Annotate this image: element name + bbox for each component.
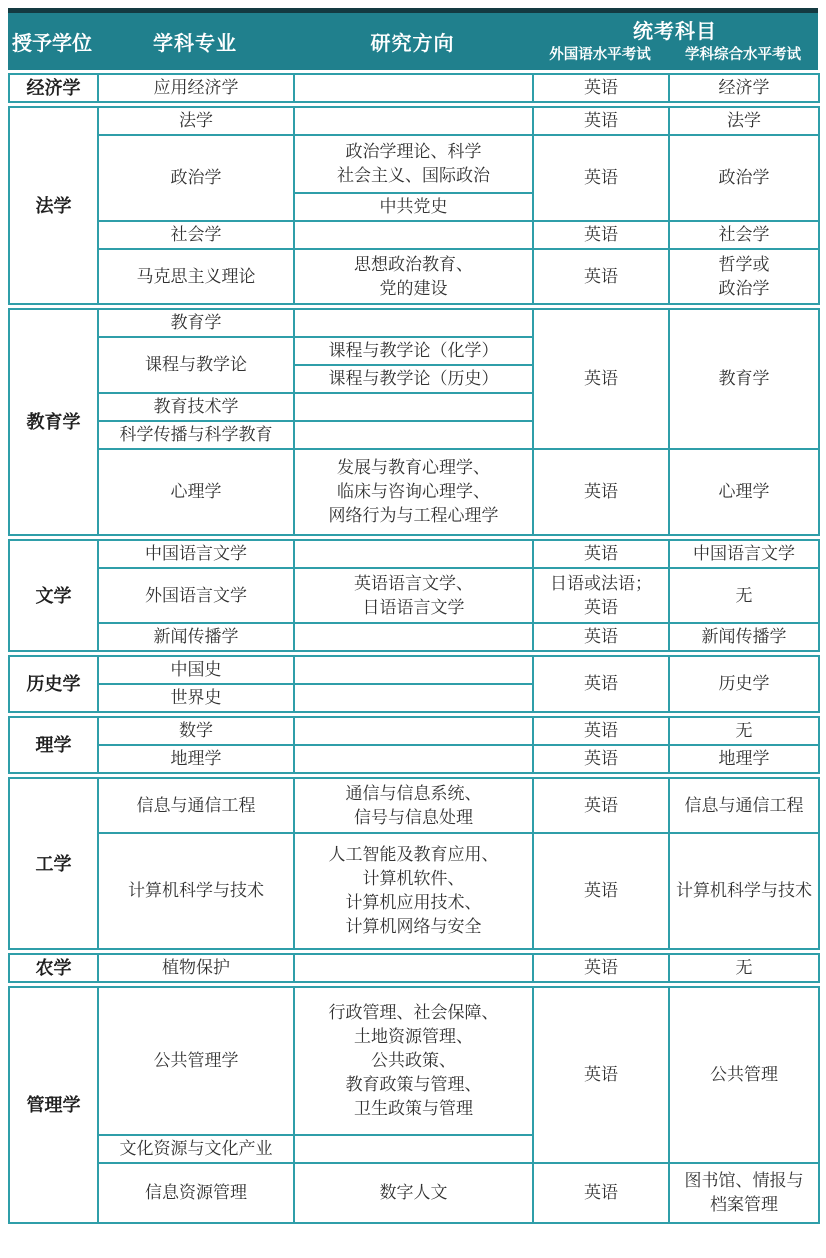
foreign-exam-cell: 英语 bbox=[533, 833, 669, 949]
subject-exam-cell: 教育学 bbox=[669, 309, 819, 449]
header-major: 学科专业 bbox=[97, 13, 293, 70]
degree-group-agriculture: 农学 植物保护 英语 无 bbox=[8, 953, 820, 983]
research-cell: 行政管理、社会保障、 土地资源管理、 公共政策、 教育政策与管理、 卫生政策与管… bbox=[294, 987, 533, 1135]
foreign-exam-cell: 英语 bbox=[533, 449, 669, 535]
research-cell bbox=[294, 74, 533, 102]
foreign-exam-cell: 英语 bbox=[533, 954, 669, 982]
degree-group-law: 法学 法学 英语 法学 政治学 政治学理论、科学 社会主义、国际政治 英语 政治… bbox=[8, 106, 820, 305]
degree-cell: 管理学 bbox=[9, 987, 98, 1223]
header-research: 研究方向 bbox=[293, 13, 532, 70]
major-cell: 社会学 bbox=[98, 221, 294, 249]
research-cell: 课程与教学论（化学） bbox=[294, 337, 533, 365]
header-exam-group-title: 统考科目 bbox=[633, 19, 717, 45]
major-cell: 植物保护 bbox=[98, 954, 294, 982]
research-cell bbox=[294, 717, 533, 745]
degree-group-history: 历史学 中国史 英语 历史学 世界史 bbox=[8, 655, 820, 713]
research-cell: 英语语言文学、 日语语言文学 bbox=[294, 568, 533, 623]
foreign-exam-cell: 英语 bbox=[533, 135, 669, 221]
foreign-exam-cell: 日语或法语； 英语 bbox=[533, 568, 669, 623]
table-row: 政治学 政治学理论、科学 社会主义、国际政治 英语 政治学 bbox=[9, 135, 819, 193]
foreign-exam-cell: 英语 bbox=[533, 717, 669, 745]
research-cell bbox=[294, 623, 533, 651]
table-row: 计算机科学与技术 人工智能及教育应用、 计算机软件、 计算机应用技术、 计算机网… bbox=[9, 833, 819, 949]
degree-group-economics: 经济学 应用经济学 英语 经济学 bbox=[8, 73, 820, 103]
foreign-exam-cell: 英语 bbox=[533, 221, 669, 249]
degree-group-education: 教育学 教育学 英语 教育学 课程与教学论 课程与教学论（化学） 课程与教学论（… bbox=[8, 308, 820, 536]
subject-exam-cell: 计算机科学与技术 bbox=[669, 833, 819, 949]
table-row: 马克思主义理论 思想政治教育、 党的建设 英语 哲学或 政治学 bbox=[9, 249, 819, 304]
research-cell: 中共党史 bbox=[294, 193, 533, 221]
research-cell bbox=[294, 309, 533, 337]
research-cell bbox=[294, 421, 533, 449]
table-row: 法学 法学 英语 法学 bbox=[9, 107, 819, 135]
subject-exam-cell: 地理学 bbox=[669, 745, 819, 773]
subject-exam-cell: 社会学 bbox=[669, 221, 819, 249]
subject-exam-cell: 信息与通信工程 bbox=[669, 778, 819, 833]
table-row: 地理学 英语 地理学 bbox=[9, 745, 819, 773]
major-cell: 马克思主义理论 bbox=[98, 249, 294, 304]
major-cell: 教育技术学 bbox=[98, 393, 294, 421]
research-cell: 思想政治教育、 党的建设 bbox=[294, 249, 533, 304]
research-cell bbox=[294, 745, 533, 773]
table-row: 外国语言文学 英语语言文学、 日语语言文学 日语或法语； 英语 无 bbox=[9, 568, 819, 623]
major-cell: 公共管理学 bbox=[98, 987, 294, 1135]
degree-group-management: 管理学 公共管理学 行政管理、社会保障、 土地资源管理、 公共政策、 教育政策与… bbox=[8, 986, 820, 1224]
research-cell bbox=[294, 221, 533, 249]
foreign-exam-cell: 英语 bbox=[533, 778, 669, 833]
research-cell bbox=[294, 656, 533, 684]
subject-exam-cell: 无 bbox=[669, 954, 819, 982]
degree-group-literature: 文学 中国语言文学 英语 中国语言文学 外国语言文学 英语语言文学、 日语语言文… bbox=[8, 539, 820, 652]
table-row: 教育学 教育学 英语 教育学 bbox=[9, 309, 819, 337]
foreign-exam-cell: 英语 bbox=[533, 74, 669, 102]
research-cell bbox=[294, 540, 533, 568]
major-cell: 科学传播与科学教育 bbox=[98, 421, 294, 449]
table-row: 文学 中国语言文学 英语 中国语言文学 bbox=[9, 540, 819, 568]
degree-cell: 工学 bbox=[9, 778, 98, 949]
major-cell: 应用经济学 bbox=[98, 74, 294, 102]
major-cell: 心理学 bbox=[98, 449, 294, 535]
table-row: 心理学 发展与教育心理学、 临床与咨询心理学、 网络行为与工程心理学 英语 心理… bbox=[9, 449, 819, 535]
research-cell: 政治学理论、科学 社会主义、国际政治 bbox=[294, 135, 533, 193]
research-cell bbox=[294, 393, 533, 421]
degree-table-page: 授予学位 学科专业 研究方向 统考科目 外国语水平考试 学科综合水平考试 经济学… bbox=[0, 0, 826, 1258]
foreign-exam-cell: 英语 bbox=[533, 656, 669, 712]
foreign-exam-cell: 英语 bbox=[533, 1163, 669, 1223]
degree-cell: 教育学 bbox=[9, 309, 98, 535]
subject-exam-cell: 无 bbox=[669, 717, 819, 745]
degree-cell: 经济学 bbox=[9, 74, 98, 102]
subject-exam-cell: 公共管理 bbox=[669, 987, 819, 1163]
table-row: 农学 植物保护 英语 无 bbox=[9, 954, 819, 982]
table-row: 历史学 中国史 英语 历史学 bbox=[9, 656, 819, 684]
header-degree: 授予学位 bbox=[8, 13, 97, 70]
header-foreign-exam: 外国语水平考试 bbox=[532, 45, 668, 65]
major-cell: 计算机科学与技术 bbox=[98, 833, 294, 949]
research-cell: 人工智能及教育应用、 计算机软件、 计算机应用技术、 计算机网络与安全 bbox=[294, 833, 533, 949]
major-cell: 外国语言文学 bbox=[98, 568, 294, 623]
foreign-exam-cell: 英语 bbox=[533, 107, 669, 135]
degree-group-engineering: 工学 信息与通信工程 通信与信息系统、 信号与信息处理 英语 信息与通信工程 计… bbox=[8, 777, 820, 950]
header-exam-group: 统考科目 外国语水平考试 学科综合水平考试 bbox=[532, 13, 818, 70]
major-cell: 地理学 bbox=[98, 745, 294, 773]
research-cell bbox=[294, 107, 533, 135]
header-subject-exam: 学科综合水平考试 bbox=[668, 45, 818, 65]
major-cell: 数学 bbox=[98, 717, 294, 745]
subject-exam-cell: 心理学 bbox=[669, 449, 819, 535]
subject-exam-cell: 政治学 bbox=[669, 135, 819, 221]
table-row: 工学 信息与通信工程 通信与信息系统、 信号与信息处理 英语 信息与通信工程 bbox=[9, 778, 819, 833]
research-cell: 数字人文 bbox=[294, 1163, 533, 1223]
table-row: 理学 数学 英语 无 bbox=[9, 717, 819, 745]
subject-exam-cell: 新闻传播学 bbox=[669, 623, 819, 651]
foreign-exam-cell: 英语 bbox=[533, 309, 669, 449]
degree-cell: 理学 bbox=[9, 717, 98, 773]
foreign-exam-cell: 英语 bbox=[533, 745, 669, 773]
major-cell: 中国史 bbox=[98, 656, 294, 684]
major-cell: 文化资源与文化产业 bbox=[98, 1135, 294, 1163]
degree-cell: 文学 bbox=[9, 540, 98, 651]
subject-exam-cell: 无 bbox=[669, 568, 819, 623]
subject-exam-cell: 历史学 bbox=[669, 656, 819, 712]
degree-group-science: 理学 数学 英语 无 地理学 英语 地理学 bbox=[8, 716, 820, 774]
table-row: 新闻传播学 英语 新闻传播学 bbox=[9, 623, 819, 651]
table-row: 管理学 公共管理学 行政管理、社会保障、 土地资源管理、 公共政策、 教育政策与… bbox=[9, 987, 819, 1135]
subject-exam-cell: 中国语言文学 bbox=[669, 540, 819, 568]
foreign-exam-cell: 英语 bbox=[533, 540, 669, 568]
research-cell: 发展与教育心理学、 临床与咨询心理学、 网络行为与工程心理学 bbox=[294, 449, 533, 535]
degree-cell: 农学 bbox=[9, 954, 98, 982]
major-cell: 信息与通信工程 bbox=[98, 778, 294, 833]
foreign-exam-cell: 英语 bbox=[533, 987, 669, 1163]
table-row: 信息资源管理 数字人文 英语 图书馆、情报与 档案管理 bbox=[9, 1163, 819, 1223]
research-cell: 课程与教学论（历史） bbox=[294, 365, 533, 393]
header-exam-subcolumns: 外国语水平考试 学科综合水平考试 bbox=[532, 45, 818, 65]
table-row: 社会学 英语 社会学 bbox=[9, 221, 819, 249]
research-cell bbox=[294, 684, 533, 712]
degree-cell: 法学 bbox=[9, 107, 98, 304]
major-cell: 新闻传播学 bbox=[98, 623, 294, 651]
major-cell: 中国语言文学 bbox=[98, 540, 294, 568]
foreign-exam-cell: 英语 bbox=[533, 249, 669, 304]
research-cell bbox=[294, 954, 533, 982]
subject-exam-cell: 哲学或 政治学 bbox=[669, 249, 819, 304]
research-cell: 通信与信息系统、 信号与信息处理 bbox=[294, 778, 533, 833]
table-row: 经济学 应用经济学 英语 经济学 bbox=[9, 74, 819, 102]
degree-cell: 历史学 bbox=[9, 656, 98, 712]
research-cell bbox=[294, 1135, 533, 1163]
table-header: 授予学位 学科专业 研究方向 统考科目 外国语水平考试 学科综合水平考试 bbox=[8, 13, 818, 70]
major-cell: 法学 bbox=[98, 107, 294, 135]
foreign-exam-cell: 英语 bbox=[533, 623, 669, 651]
subject-exam-cell: 图书馆、情报与 档案管理 bbox=[669, 1163, 819, 1223]
subject-exam-cell: 经济学 bbox=[669, 74, 819, 102]
major-cell: 课程与教学论 bbox=[98, 337, 294, 393]
major-cell: 教育学 bbox=[98, 309, 294, 337]
major-cell: 世界史 bbox=[98, 684, 294, 712]
degree-table: 授予学位 学科专业 研究方向 统考科目 外国语水平考试 学科综合水平考试 经济学… bbox=[8, 8, 818, 1224]
major-cell: 政治学 bbox=[98, 135, 294, 221]
subject-exam-cell: 法学 bbox=[669, 107, 819, 135]
major-cell: 信息资源管理 bbox=[98, 1163, 294, 1223]
